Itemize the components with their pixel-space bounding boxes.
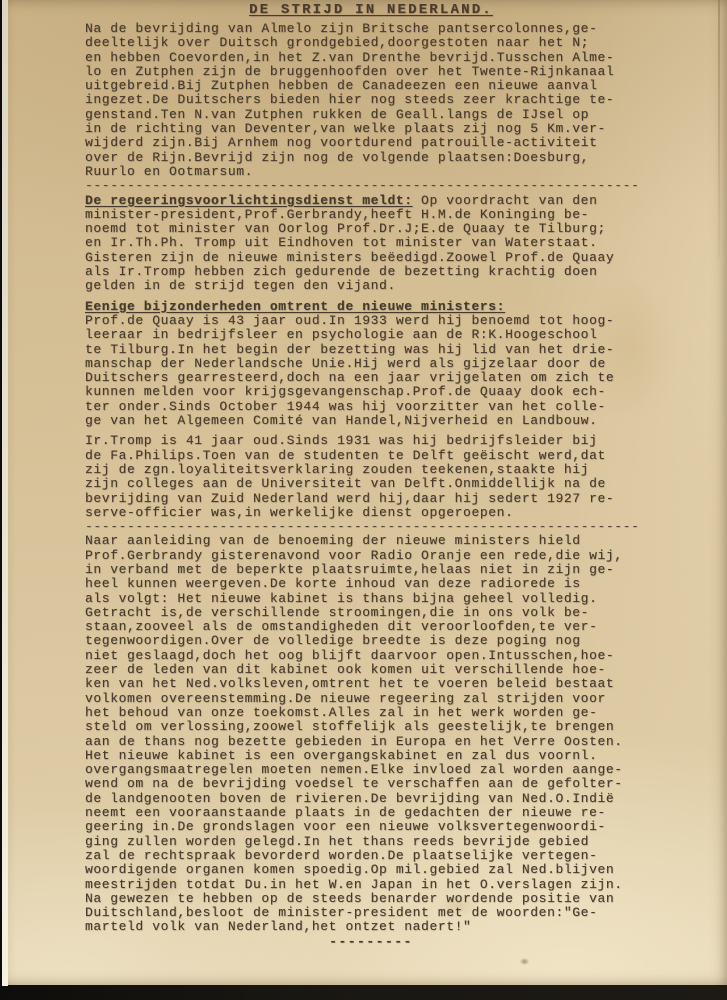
photo-background: { "page": { "title": "DE STRIJD IN NEDER…	[0, 0, 727, 1000]
government-info-body: Op voordracht van den minister-president…	[85, 193, 614, 294]
section-separator: ----------------------------------------…	[85, 179, 657, 193]
newspaper-page: DE STRIJD IN NEDERLAND. Na de bevrijding…	[8, 0, 727, 985]
article-content: DE STRIJD IN NEDERLAND. Na de bevrijding…	[8, 0, 727, 985]
frontline-report-paragraph: Na de bevrijding van Almelo zijn Britsch…	[85, 22, 657, 179]
tromp-bio-paragraph: Ir.Tromp is 41 jaar oud.Sinds 1931 was h…	[85, 434, 657, 520]
section-separator: ----------------------------------------…	[85, 520, 657, 534]
government-info-paragraph: De regeeringsvoorlichtingsdienst meldt: …	[85, 194, 657, 294]
government-info-heading: De regeeringsvoorlichtingsdienst meldt:	[85, 193, 413, 208]
ministers-details-heading: Eenige bijzonderheden omtrent de nieuwe …	[85, 300, 657, 314]
radio-speech-paragraph: Naar aanleiding van de benoeming der nie…	[85, 534, 657, 934]
article-title: DE STRIJD IN NEDERLAND.	[85, 2, 657, 18]
quaay-bio-paragraph: Prof.de Quaay is 43 jaar oud.In 1933 wer…	[85, 314, 657, 428]
article-end-mark: ---------	[85, 935, 657, 949]
